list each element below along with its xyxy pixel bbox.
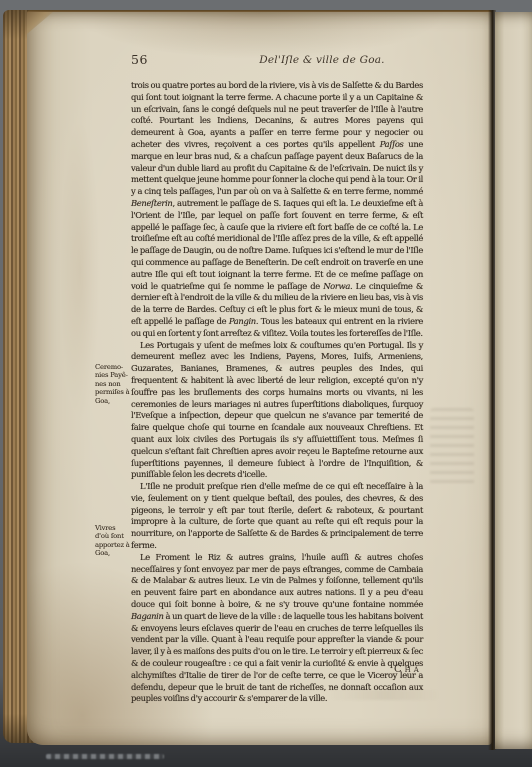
- catchword: Cha: [394, 664, 422, 675]
- paragraph: Les Portugais y uſent de meſmes loix & c…: [131, 340, 423, 482]
- paragraph: L'Iſle ne produit preſque rien d'elle me…: [131, 481, 423, 552]
- paragraph: Le Froment le Riz & autres grains, l'hui…: [131, 552, 423, 705]
- next-page-edge: [495, 12, 532, 749]
- margin-note-ceremonies: Ceremo- nies Payê- nes non permiſes à Go…: [95, 363, 130, 405]
- body-text: trois ou quatre portes au bord de la riv…: [131, 80, 423, 705]
- photo-background: 56 Del'Iſle & ville de Goa. trois ou qua…: [0, 0, 532, 767]
- paragraph: trois ou quatre portes au bord de la riv…: [131, 80, 423, 340]
- margin-note-vivres: Vivres d'où ſont apportez à Goa,: [95, 524, 130, 558]
- scan-watermark-text: [46, 754, 164, 759]
- running-title: Del'Iſle & ville de Goa.: [222, 54, 422, 66]
- page-number: 56: [131, 52, 171, 67]
